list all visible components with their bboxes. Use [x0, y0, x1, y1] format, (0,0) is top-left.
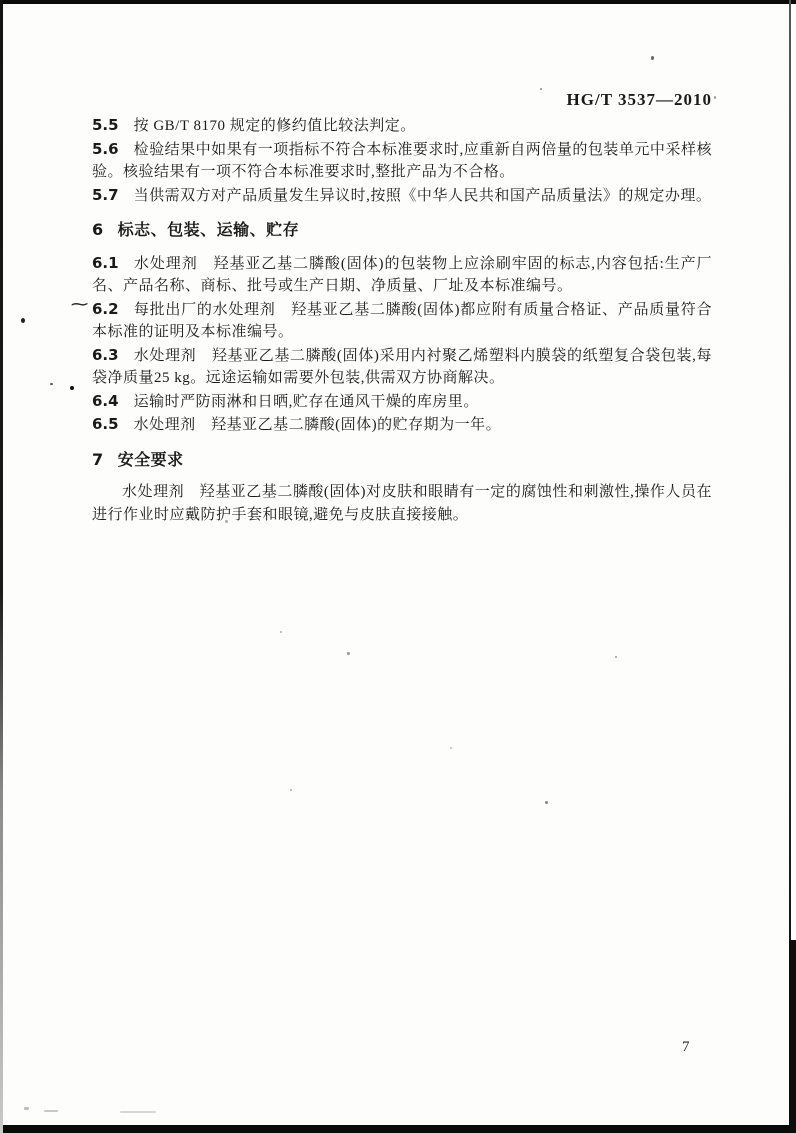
scan-speck — [280, 631, 282, 633]
clause-6-5: 6.5水处理剂 羟基亚乙基二膦酸(固体)的贮存期为一年。 — [92, 413, 712, 437]
section-7-heading: 7安全要求 — [92, 449, 712, 472]
clause-text: 水处理剂 羟基亚乙基二膦酸(固体)的贮存期为一年。 — [134, 417, 502, 433]
section-title: 标志、包装、运输、贮存 — [118, 220, 300, 239]
scan-speck — [651, 56, 654, 60]
scan-speck — [545, 801, 548, 804]
clause-text: 每批出厂的水处理剂 羟基亚乙基二膦酸(固体)都应附有质量合格证、产品质量符合本标… — [92, 302, 712, 341]
clause-text: 水处理剂 羟基亚乙基二膦酸(固体)采用内衬聚乙烯塑料内膜袋的纸塑复合袋包装,每袋… — [92, 348, 712, 387]
section-number: 6 — [92, 220, 104, 239]
scan-edge-top — [0, 0, 796, 4]
standard-code-header: HG/T 3537—2010 — [567, 90, 712, 110]
scan-speck — [120, 1111, 156, 1113]
clause-6-1: 6.1水处理剂 羟基亚乙基二膦酸(固体)的包装物上应涂刷牢固的标志,内容包括:生… — [92, 252, 712, 298]
scan-speck — [24, 1107, 29, 1110]
section-title: 安全要求 — [118, 450, 184, 469]
scan-edge-left — [0, 0, 3, 1133]
clause-number: 5.5 — [92, 116, 119, 134]
scan-speck — [450, 747, 452, 749]
scan-speck — [21, 318, 25, 323]
clause-number: 6.3 — [92, 346, 119, 364]
page-number: 7 — [682, 1039, 690, 1056]
scan-speck — [50, 383, 53, 385]
scan-speck — [714, 96, 716, 99]
scan-edge-bottom — [0, 1125, 796, 1133]
scan-speck — [44, 1110, 58, 1112]
section-6-heading: 6标志、包装、运输、贮存 — [92, 219, 712, 242]
scan-speck — [70, 386, 74, 390]
clause-number: 6.1 — [92, 254, 119, 272]
scan-speck — [540, 88, 542, 90]
clause-text: 当供需双方对产品质量发生异议时,按照《中华人民共和国产品质量法》的规定办理。 — [134, 188, 712, 204]
scan-speck — [615, 656, 617, 658]
clause-number: 6.4 — [92, 392, 119, 410]
scan-speck — [347, 652, 350, 655]
clause-number: 5.7 — [92, 186, 119, 204]
clause-text: 检验结果中如果有一项指标不符合本标准要求时,应重新自两倍量的包装单元中采样核验。… — [92, 142, 712, 181]
scan-edge-right-thick — [789, 940, 796, 1133]
clause-6-2: 6.2每批出厂的水处理剂 羟基亚乙基二膦酸(固体)都应附有质量合格证、产品质量符… — [92, 298, 712, 344]
scanned-standard-page: HG/T 3537—2010 5.5按 GB/T 8170 规定的修约值比较法判… — [0, 0, 796, 1133]
clause-number: 5.6 — [92, 140, 119, 158]
clause-6-4: 6.4运输时严防雨淋和日晒,贮存在通风干燥的库房里。 — [92, 390, 712, 414]
section-number: 7 — [92, 450, 104, 469]
clause-text: 水处理剂 羟基亚乙基二膦酸(固体)的包装物上应涂刷牢固的标志,内容包括:生产厂名… — [92, 256, 712, 295]
clause-number: 6.2 — [92, 300, 119, 318]
clause-number: 6.5 — [92, 415, 119, 433]
clause-6-3: 6.3水处理剂 羟基亚乙基二膦酸(固体)采用内衬聚乙烯塑料内膜袋的纸塑复合袋包装… — [92, 344, 712, 390]
clause-5-6: 5.6检验结果中如果有一项指标不符合本标准要求时,应重新自两倍量的包装单元中采样… — [92, 138, 712, 184]
document-body: 5.5按 GB/T 8170 规定的修约值比较法判定。 5.6检验结果中如果有一… — [92, 114, 712, 526]
clause-5-5: 5.5按 GB/T 8170 规定的修约值比较法判定。 — [92, 114, 712, 138]
clause-5-7: 5.7当供需双方对产品质量发生异议时,按照《中华人民共和国产品质量法》的规定办理… — [92, 184, 712, 208]
scan-speck — [225, 520, 228, 523]
clause-text: 运输时严防雨淋和日晒,贮存在通风干燥的库房里。 — [134, 394, 479, 410]
clause-text: 按 GB/T 8170 规定的修约值比较法判定。 — [134, 118, 416, 134]
scan-speck — [290, 789, 292, 791]
section-7-paragraph: 水处理剂 羟基亚乙基二膦酸(固体)对皮肤和眼睛有一定的腐蚀性和刺激性,操作人员在… — [92, 481, 712, 526]
handwritten-margin-mark: ~ — [69, 294, 90, 315]
